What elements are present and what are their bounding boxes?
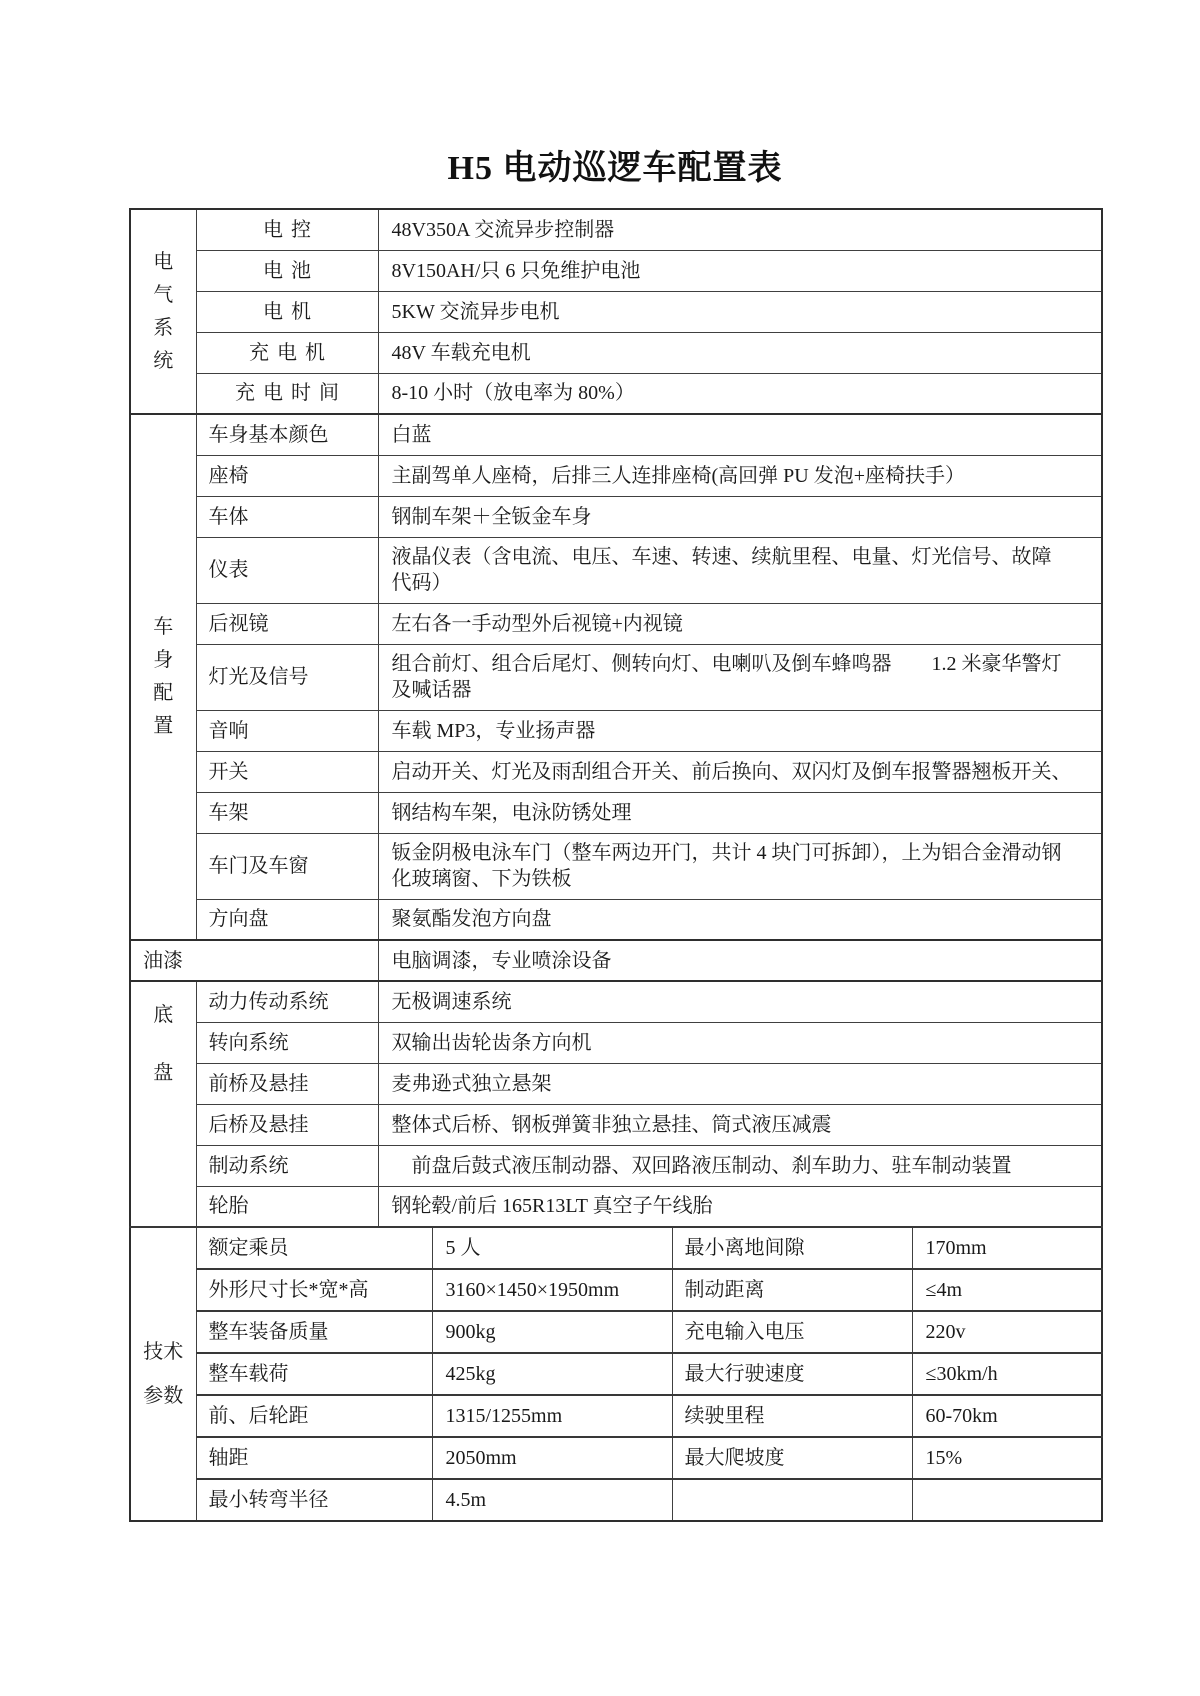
- tech-param-value: [912, 1479, 1102, 1521]
- spec-row-paint: 油漆 电脑调漆，专业喷涂设备: [130, 940, 1102, 981]
- spec-row: 转向系统 双输出齿轮齿条方向机: [130, 1022, 1102, 1063]
- tech-param-label: 整车载荷: [196, 1353, 432, 1395]
- spec-value: 电脑调漆，专业喷涂设备: [378, 940, 1102, 981]
- spec-value: 5KW 交流异步电机: [378, 291, 1102, 332]
- tech-param-value: 1315/1255mm: [432, 1395, 672, 1437]
- spec-row: 座椅 主副驾单人座椅，后排三人连排座椅(高回弹 PU 发泡+座椅扶手）: [130, 455, 1102, 496]
- spec-label: 后视镜: [196, 603, 378, 644]
- tech-param-row: 外形尺寸长*宽*高 3160×1450×1950mm 制动距离 ≤4m: [130, 1269, 1102, 1311]
- spec-label: 转向系统: [196, 1022, 378, 1063]
- spec-value: 双输出齿轮齿条方向机: [378, 1022, 1102, 1063]
- spec-value: 前盘后鼓式液压制动器、双回路液压制动、刹车助力、驻车制动装置: [378, 1145, 1102, 1186]
- tech-param-value: 220v: [912, 1311, 1102, 1353]
- tech-param-row: 整车装备质量 900kg 充电输入电压 220v: [130, 1311, 1102, 1353]
- spec-label: 车体: [196, 496, 378, 537]
- spec-label: 车架: [196, 792, 378, 833]
- spec-value: 钢轮毂/前后 165R13LT 真空子午线胎: [378, 1186, 1102, 1227]
- spec-row: 电气系统 电控 48V350A 交流异步控制器: [130, 209, 1102, 250]
- tech-param-row: 整车载荷 425kg 最大行驶速度 ≤30km/h: [130, 1353, 1102, 1395]
- spec-label: 制动系统: [196, 1145, 378, 1186]
- spec-value: 8-10 小时（放电率为 80%）: [378, 373, 1102, 414]
- spec-row: 方向盘 聚氨酯发泡方向盘: [130, 899, 1102, 940]
- tech-param-row: 轴距 2050mm 最大爬坡度 15%: [130, 1437, 1102, 1479]
- spec-value: 液晶仪表（含电流、电压、车速、转速、续航里程、电量、灯光信号、故障 代码）: [378, 537, 1102, 603]
- spec-value: 主副驾单人座椅，后排三人连排座椅(高回弹 PU 发泡+座椅扶手）: [378, 455, 1102, 496]
- tech-param-row: 前、后轮距 1315/1255mm 续驶里程 60-70km: [130, 1395, 1102, 1437]
- spec-row: 车架 钢结构车架，电泳防锈处理: [130, 792, 1102, 833]
- spec-label: 油漆: [130, 940, 378, 981]
- tech-param-value: 5 人: [432, 1227, 672, 1269]
- tech-param-label: 整车装备质量: [196, 1311, 432, 1353]
- spec-row: 灯光及信号 组合前灯、组合后尾灯、侧转向灯、电喇叭及倒车蜂鸣器 1.2 米豪华警…: [130, 644, 1102, 710]
- spec-value: 组合前灯、组合后尾灯、侧转向灯、电喇叭及倒车蜂鸣器 1.2 米豪华警灯 及喊话器: [378, 644, 1102, 710]
- tech-param-label: 制动距离: [672, 1269, 912, 1311]
- spec-value: 聚氨酯发泡方向盘: [378, 899, 1102, 940]
- spec-row: 制动系统 前盘后鼓式液压制动器、双回路液压制动、刹车助力、驻车制动装置: [130, 1145, 1102, 1186]
- tech-param-value: 3160×1450×1950mm: [432, 1269, 672, 1311]
- spec-value: 48V350A 交流异步控制器: [378, 209, 1102, 250]
- tech-param-label: 最大爬坡度: [672, 1437, 912, 1479]
- tech-param-label: 外形尺寸长*宽*高: [196, 1269, 432, 1311]
- spec-row: 充电时间 8-10 小时（放电率为 80%）: [130, 373, 1102, 414]
- config-table: 电气系统 电控 48V350A 交流异步控制器 电池 8V150AH/只 6 只…: [129, 208, 1103, 1522]
- tech-param-value: 170mm: [912, 1227, 1102, 1269]
- spec-value: 钢制车架＋全钣金车身: [378, 496, 1102, 537]
- spec-label: 前桥及悬挂: [196, 1063, 378, 1104]
- tech-param-value: ≤4m: [912, 1269, 1102, 1311]
- spec-row: 音响 车载 MP3，专业扬声器: [130, 710, 1102, 751]
- spec-row: 后桥及悬挂 整体式后桥、钢板弹簧非独立悬挂、筒式液压减震: [130, 1104, 1102, 1145]
- category-cell-electrical: 电气系统: [130, 209, 196, 414]
- document-page: H5 电动巡逻车配置表 电气系统 电控 48V350A 交流异步控制器 电池 8…: [0, 0, 1200, 1696]
- spec-row: 底盘 动力传动系统 无极调速系统: [130, 981, 1102, 1022]
- tech-param-label: 轴距: [196, 1437, 432, 1479]
- doc-title: H5 电动巡逻车配置表: [129, 140, 1101, 189]
- spec-label: 开关: [196, 751, 378, 792]
- spec-row: 车门及车窗 钣金阴极电泳车门（整车两边开门，共计 4 块门可拆卸），上为铝合金滑…: [130, 833, 1102, 899]
- spec-value: 8V150AH/只 6 只免维护电池: [378, 250, 1102, 291]
- tech-param-row: 技术参数 额定乘员 5 人 最小离地间隙 170mm: [130, 1227, 1102, 1269]
- spec-value: 48V 车载充电机: [378, 332, 1102, 373]
- spec-row: 前桥及悬挂 麦弗逊式独立悬架: [130, 1063, 1102, 1104]
- tech-param-value: 900kg: [432, 1311, 672, 1353]
- spec-row: 电机 5KW 交流异步电机: [130, 291, 1102, 332]
- spec-row: 车身配置 车身基本颜色 白蓝: [130, 414, 1102, 455]
- spec-value: 车载 MP3，专业扬声器: [378, 710, 1102, 751]
- spec-label: 轮胎: [196, 1186, 378, 1227]
- tech-param-row: 最小转弯半径 4.5m: [130, 1479, 1102, 1521]
- spec-label: 方向盘: [196, 899, 378, 940]
- spec-label: 电控: [196, 209, 378, 250]
- spec-row: 轮胎 钢轮毂/前后 165R13LT 真空子午线胎: [130, 1186, 1102, 1227]
- spec-value: 钣金阴极电泳车门（整车两边开门，共计 4 块门可拆卸），上为铝合金滑动钢 化玻璃…: [378, 833, 1102, 899]
- category-cell-body: 车身配置: [130, 414, 196, 940]
- spec-row: 开关 启动开关、灯光及雨刮组合开关、前后换向、双闪灯及倒车报警器翘板开关、: [130, 751, 1102, 792]
- spec-row: 后视镜 左右各一手动型外后视镜+内视镜: [130, 603, 1102, 644]
- tech-param-label: 最小离地间隙: [672, 1227, 912, 1269]
- spec-label: 车门及车窗: [196, 833, 378, 899]
- spec-row: 充电机 48V 车载充电机: [130, 332, 1102, 373]
- spec-label: 灯光及信号: [196, 644, 378, 710]
- spec-label: 座椅: [196, 455, 378, 496]
- spec-row: 电池 8V150AH/只 6 只免维护电池: [130, 250, 1102, 291]
- tech-param-label: 充电输入电压: [672, 1311, 912, 1353]
- tech-param-value: ≤30km/h: [912, 1353, 1102, 1395]
- spec-value: 白蓝: [378, 414, 1102, 455]
- tech-param-label: 最大行驶速度: [672, 1353, 912, 1395]
- spec-label: 后桥及悬挂: [196, 1104, 378, 1145]
- spec-value: 整体式后桥、钢板弹簧非独立悬挂、筒式液压减震: [378, 1104, 1102, 1145]
- spec-label: 仪表: [196, 537, 378, 603]
- spec-value: 左右各一手动型外后视镜+内视镜: [378, 603, 1102, 644]
- spec-row: 仪表 液晶仪表（含电流、电压、车速、转速、续航里程、电量、灯光信号、故障 代码）: [130, 537, 1102, 603]
- tech-param-label: 额定乘员: [196, 1227, 432, 1269]
- spec-label: 车身基本颜色: [196, 414, 378, 455]
- tech-param-value: 425kg: [432, 1353, 672, 1395]
- spec-value: 麦弗逊式独立悬架: [378, 1063, 1102, 1104]
- tech-param-value: 4.5m: [432, 1479, 672, 1521]
- spec-value: 无极调速系统: [378, 981, 1102, 1022]
- tech-param-value: 2050mm: [432, 1437, 672, 1479]
- spec-label: 充电时间: [196, 373, 378, 414]
- tech-param-label: [672, 1479, 912, 1521]
- spec-label: 电池: [196, 250, 378, 291]
- tech-param-label: 前、后轮距: [196, 1395, 432, 1437]
- tech-param-label: 续驶里程: [672, 1395, 912, 1437]
- category-cell-chassis: 底盘: [130, 981, 196, 1227]
- spec-label: 音响: [196, 710, 378, 751]
- spec-value: 钢结构车架，电泳防锈处理: [378, 792, 1102, 833]
- category-cell-tech: 技术参数: [130, 1227, 196, 1521]
- spec-label: 动力传动系统: [196, 981, 378, 1022]
- spec-label: 充电机: [196, 332, 378, 373]
- tech-param-value: 60-70km: [912, 1395, 1102, 1437]
- spec-label: 电机: [196, 291, 378, 332]
- spec-value: 启动开关、灯光及雨刮组合开关、前后换向、双闪灯及倒车报警器翘板开关、: [378, 751, 1102, 792]
- tech-param-value: 15%: [912, 1437, 1102, 1479]
- tech-param-label: 最小转弯半径: [196, 1479, 432, 1521]
- spec-row: 车体 钢制车架＋全钣金车身: [130, 496, 1102, 537]
